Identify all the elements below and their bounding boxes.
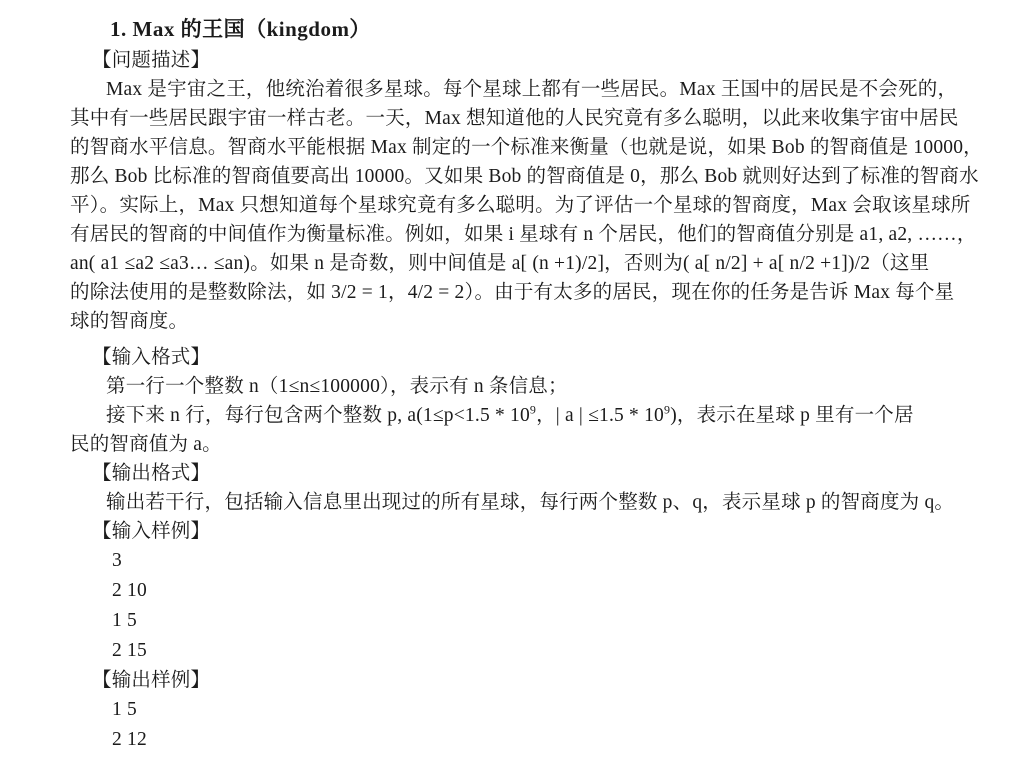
problem-description-line: an( a1 ≤a2 ≤a3… ≤an)。如果 n 是奇数，则中间值是 a[ (… xyxy=(70,249,994,278)
constraints-text-segment: )，表示在星球 p 里有一个居 xyxy=(670,405,914,426)
output-format-line: 输出若干行，包括输入信息里出现过的所有星球，每行两个整数 p、q，表示星球 p … xyxy=(106,488,994,517)
problem-description-line: 平）。实际上，Max 只想知道每个星球究竟有多么聪明。为了评估一个星球的智商度，… xyxy=(70,191,994,220)
section-heading-input-sample: 【输入样例】 xyxy=(92,517,994,546)
input-format-constraints-line: 接下来 n 行，每行包含两个整数 p, a(1≤p<1.5 * 109，| a … xyxy=(106,401,994,430)
section-heading-output-sample: 【输出样例】 xyxy=(92,666,994,695)
sample-output-line: 1 5 xyxy=(112,695,994,725)
section-heading-output-format: 【输出格式】 xyxy=(92,459,994,488)
problem-description-line: 其中有一些居民跟宇宙一样古老。一天，Max 想知道他的人民究竟有多么聪明，以此来… xyxy=(70,104,994,133)
section-heading-problem-description: 【问题描述】 xyxy=(92,46,994,75)
problem-description-line: 那么 Bob 比标准的智商值要高出 10000。又如果 Bob 的智商值是 0，… xyxy=(70,162,994,191)
section-heading-input-format: 【输入格式】 xyxy=(92,343,994,372)
problem-description-line: 的除法使用的是整数除法，如 3/2 = 1，4/2 = 2）。由于有太多的居民，… xyxy=(70,278,994,307)
sample-input-line: 3 xyxy=(112,546,994,576)
problem-description-line: Max 是宇宙之王，他统治着很多星球。每个星球上都有一些居民。Max 王国中的居… xyxy=(106,75,994,104)
sample-output-line: 2 12 xyxy=(112,725,994,755)
input-format-line: 第一行一个整数 n（1≤n≤100000），表示有 n 条信息； xyxy=(106,372,994,401)
problem-title: 1. Max 的王国（kingdom） xyxy=(110,12,994,46)
constraints-text-segment: ，| a | ≤1.5 * 10 xyxy=(536,405,664,426)
sample-input-line: 2 15 xyxy=(112,636,994,666)
constraints-text-segment: 接下来 n 行，每行包含两个整数 p, a(1≤p<1.5 * 10 xyxy=(106,405,530,426)
problem-description-line: 的智商水平信息。智商水平能根据 Max 制定的一个标准来衡量（也就是说，如果 B… xyxy=(70,133,994,162)
document-page: 1. Max 的王国（kingdom） 【问题描述】 Max 是宇宙之王，他统治… xyxy=(0,0,1020,761)
input-format-line: 民的智商值为 a。 xyxy=(70,430,994,459)
problem-description-line: 有居民的智商的中间值作为衡量标准。例如，如果 i 星球有 n 个居民，他们的智商… xyxy=(70,220,994,249)
sample-input-line: 2 10 xyxy=(112,576,994,606)
sample-input-line: 1 5 xyxy=(112,606,994,636)
problem-description-line: 球的智商度。 xyxy=(70,307,994,336)
